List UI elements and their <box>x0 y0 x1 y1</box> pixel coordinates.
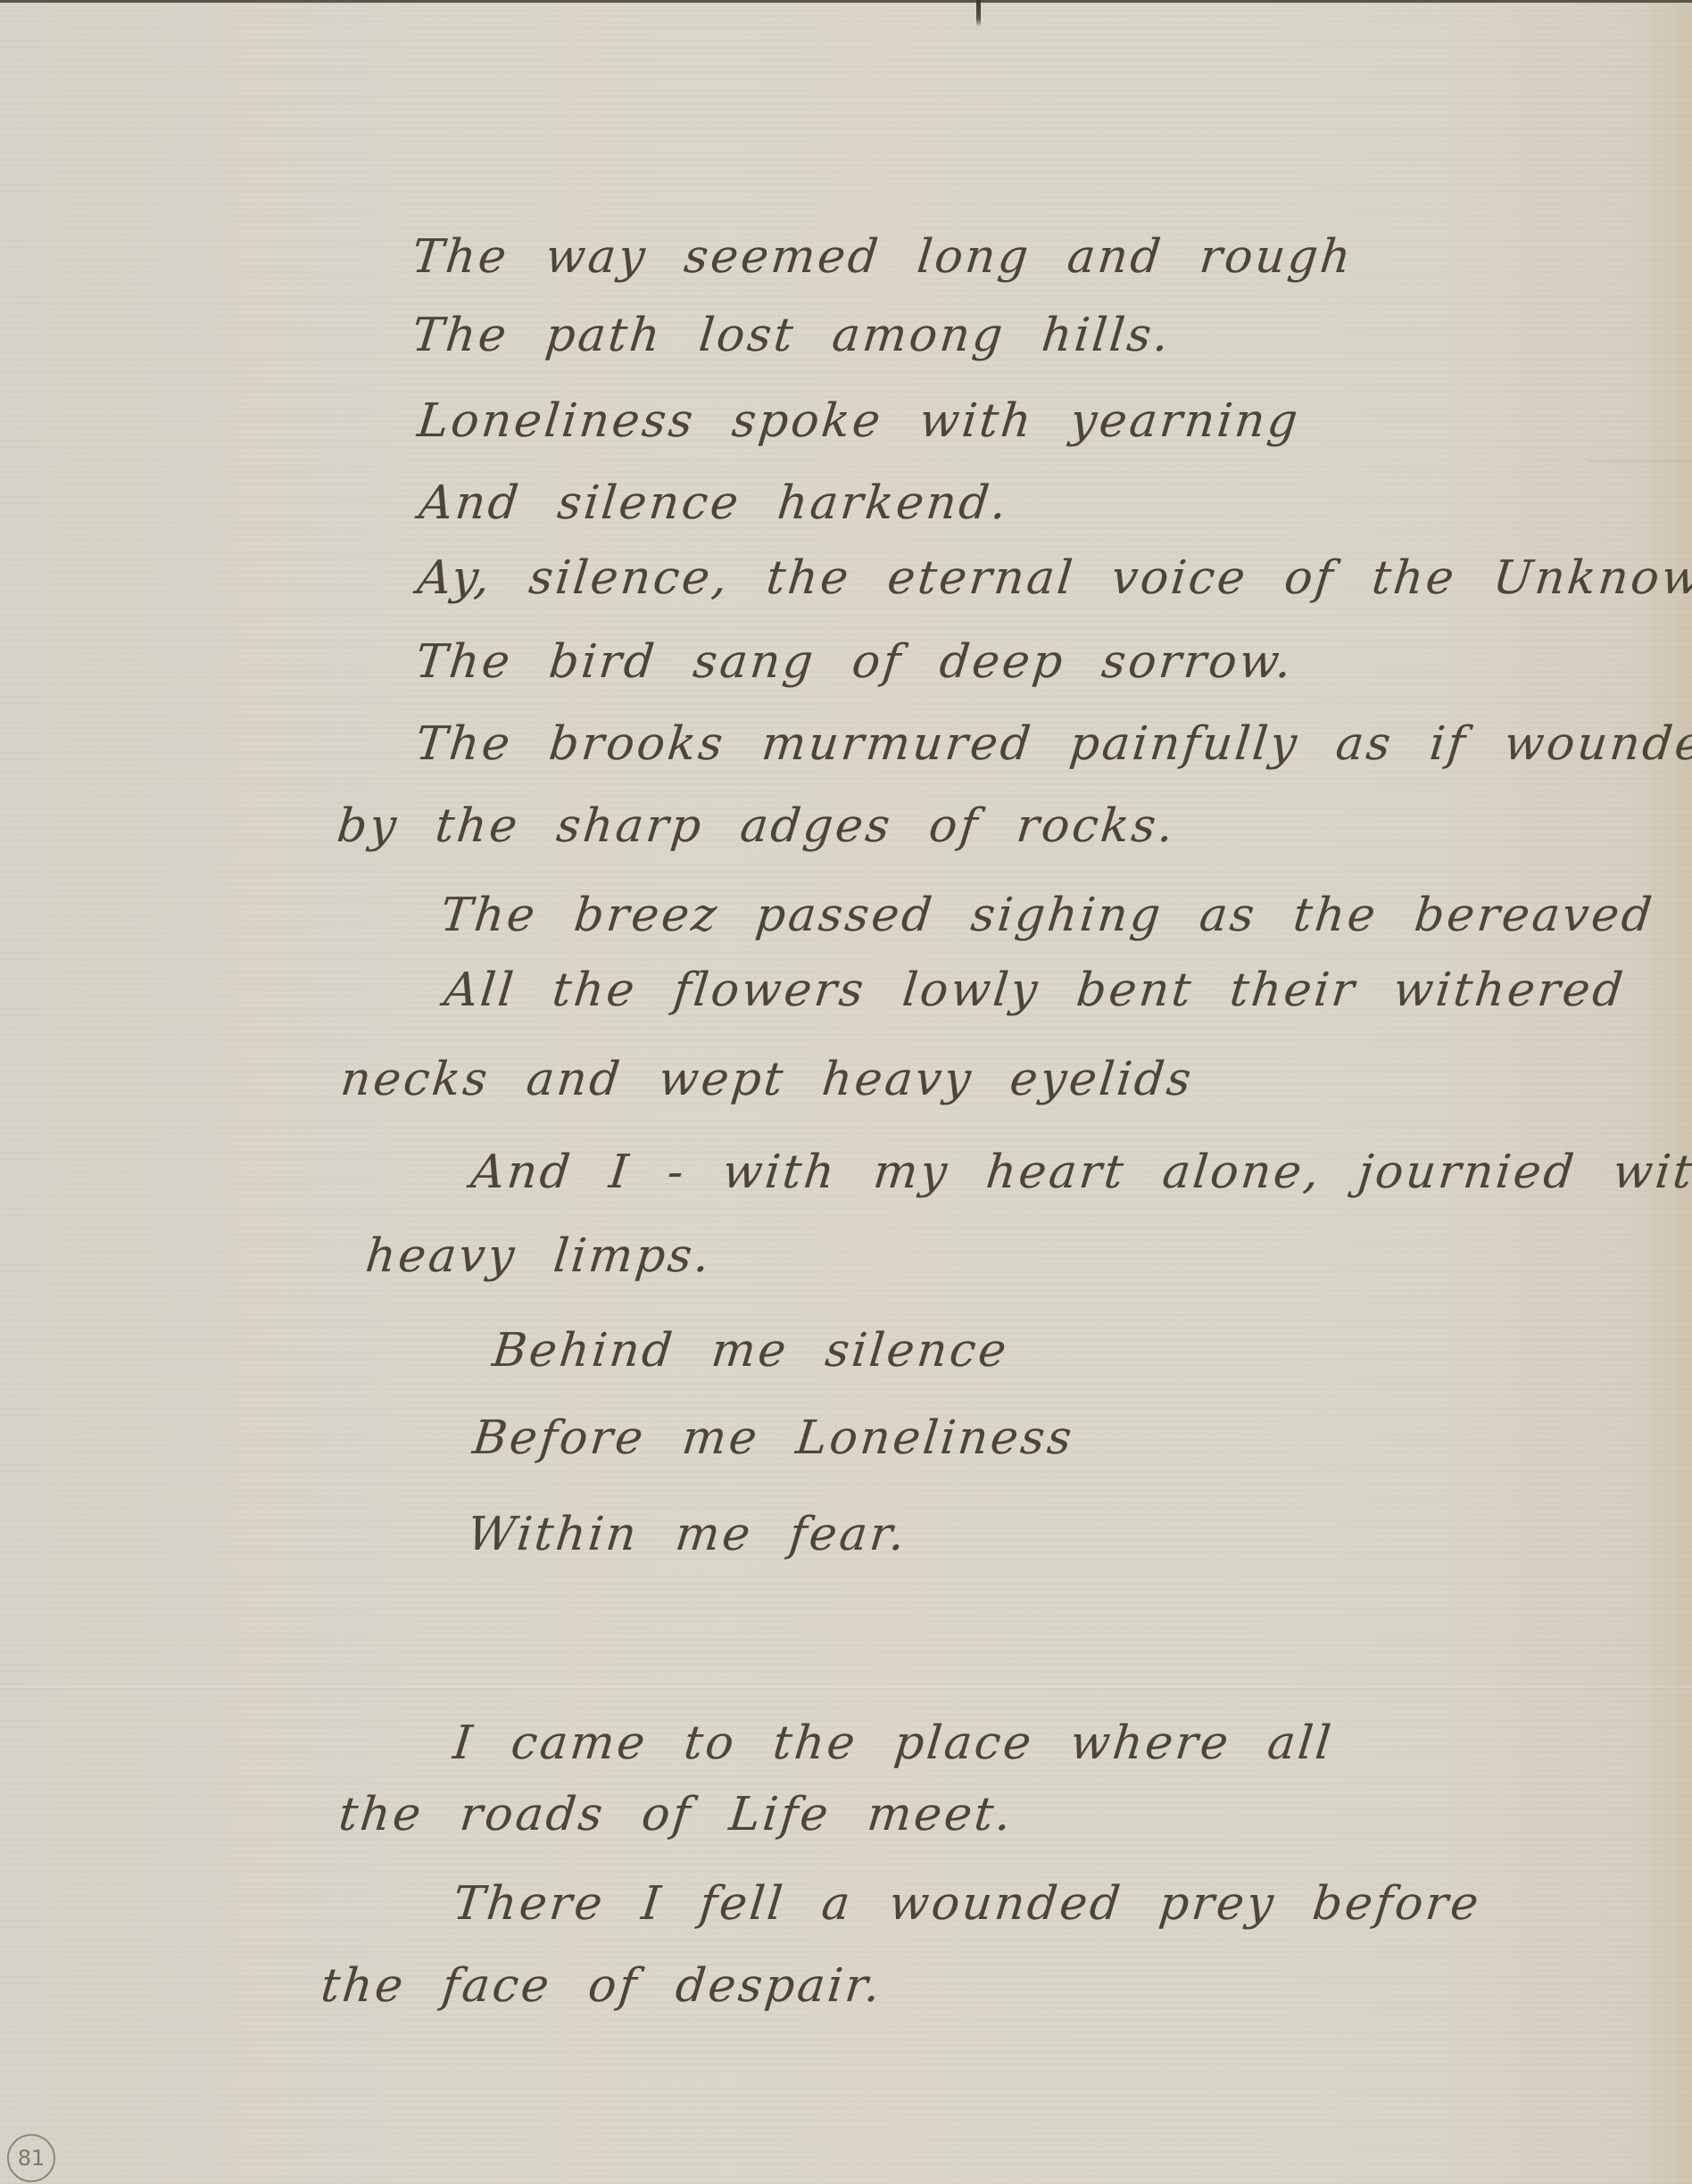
manuscript-line: The breez passed sighing as the bereaved… <box>438 892 1692 939</box>
manuscript-line: The bird sang of deep sorrow. <box>413 639 1296 685</box>
manuscript-line: Before me Loneliness <box>470 1415 1076 1461</box>
manuscript-line: Ay, silence, the eternal voice of the Un… <box>415 555 1692 601</box>
manuscript-line: The path lost among hills. <box>410 312 1174 359</box>
manuscript-line: heavy limps. <box>363 1233 714 1279</box>
manuscript-line: And I - with my heart alone, journied wi… <box>469 1149 1692 1195</box>
manuscript-line: Behind me silence <box>490 1328 1011 1374</box>
manuscript-line: The way seemed long and rough <box>410 234 1355 280</box>
manuscript-line: The brooks murmured painfully as if woun… <box>413 721 1692 767</box>
manuscript-line: the face of despair. <box>319 1963 884 2009</box>
manuscript-line: And silence harkend. <box>417 480 1011 526</box>
manuscript-line: All the flowers lowly bent their withere… <box>442 967 1627 1013</box>
page-top-edge <box>0 0 1692 3</box>
manuscript-line: Loneliness spoke with yearning <box>415 398 1302 444</box>
manuscript-line: Within me fear. <box>465 1511 909 1558</box>
manuscript-line: I came to the place where all <box>451 1720 1335 1766</box>
paper-crease <box>1588 460 1692 462</box>
circled-page-number: 81 <box>7 2134 55 2182</box>
paper-fold <box>0 1686 1692 1689</box>
manuscript-line: by the sharp adges of rocks. <box>335 803 1178 849</box>
binding-mark <box>976 0 981 27</box>
manuscript-line: the roads of Life meet. <box>336 1791 1016 1838</box>
manuscript-page: The way seemed long and rough The path l… <box>0 0 1692 2184</box>
manuscript-line: There I fell a wounded prey before <box>451 1881 1483 1927</box>
manuscript-line: necks and wept heavy eyelids <box>338 1056 1196 1103</box>
